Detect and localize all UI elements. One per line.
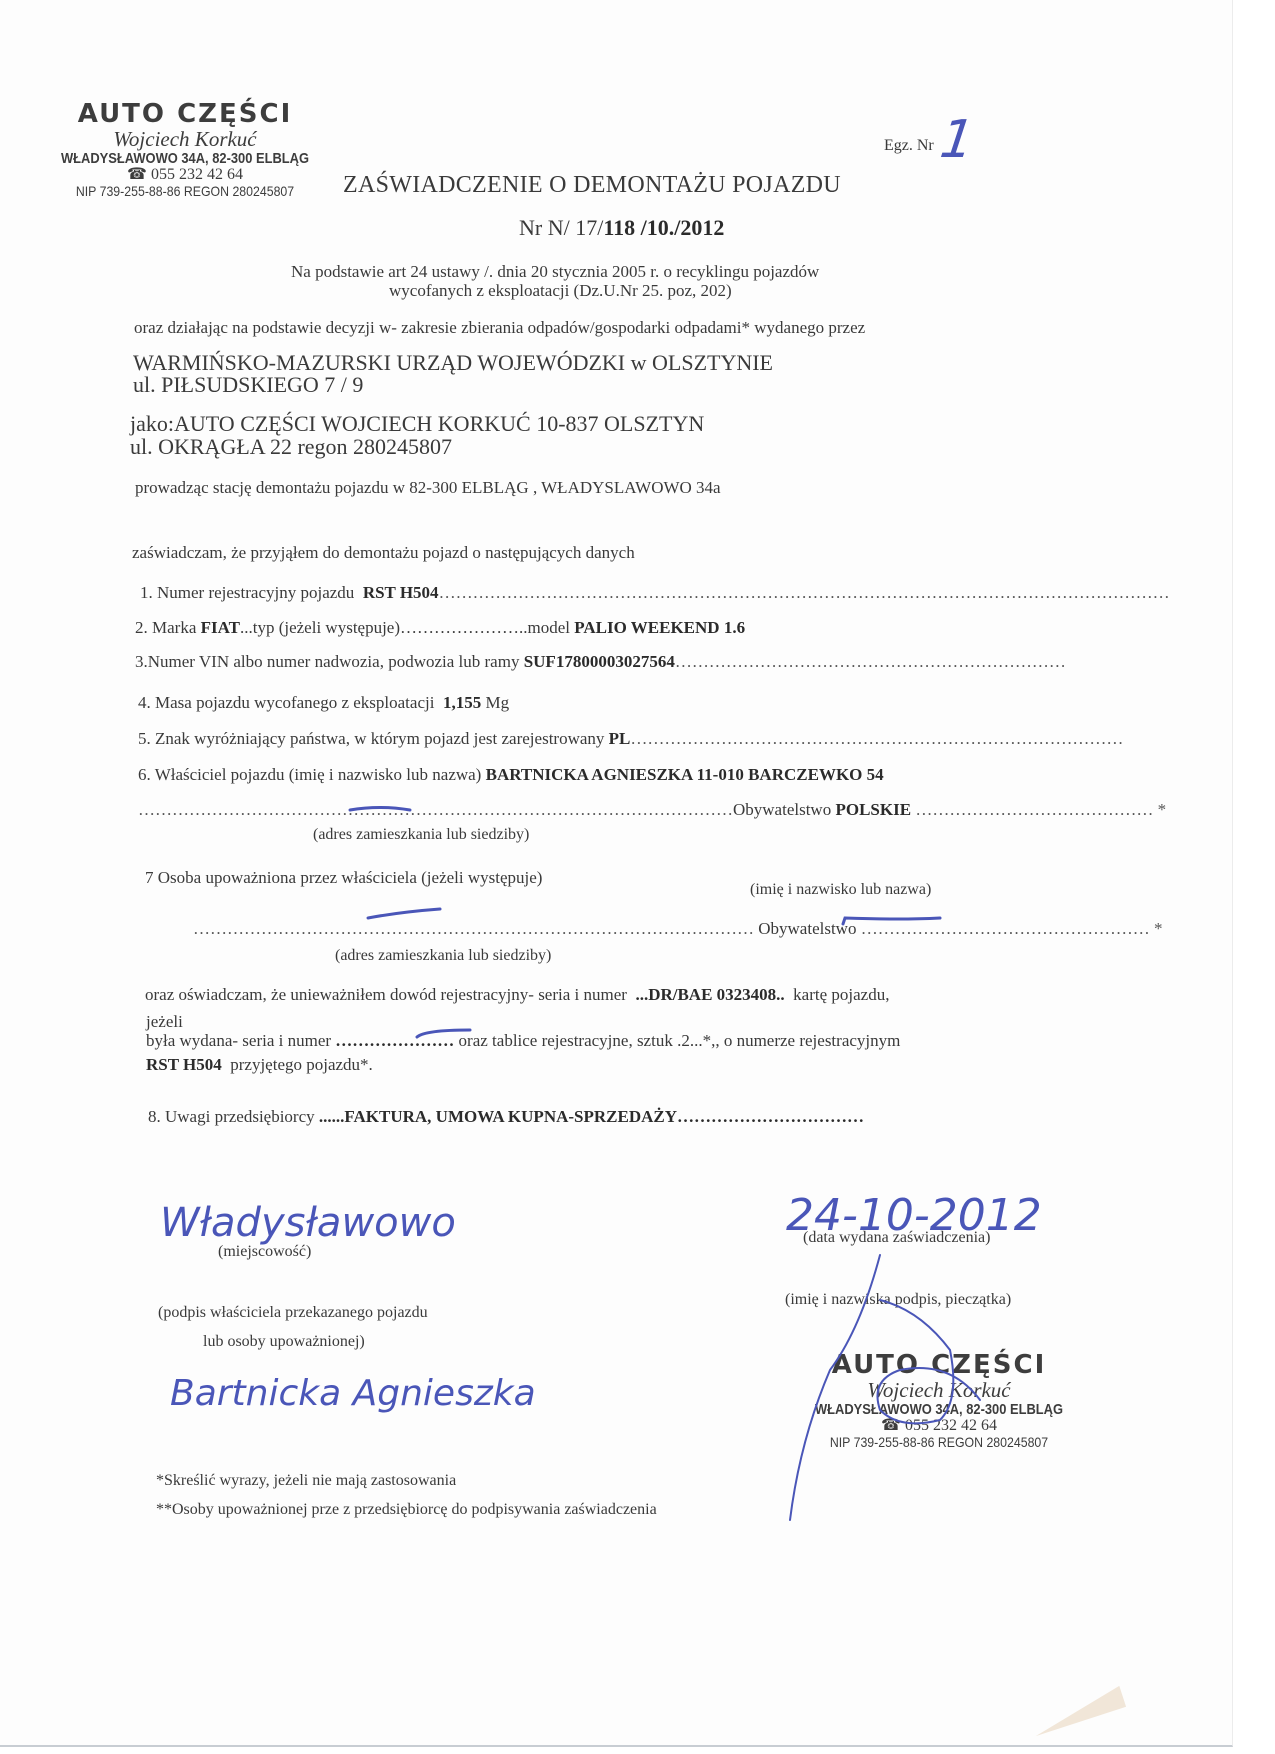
declaration-line-2: jeżeli <box>146 1012 183 1032</box>
phone-icon: ☎ <box>881 1417 905 1434</box>
stamp-nip-regon: NIP 739-255-88-86 REGON 280245807 <box>57 183 312 199</box>
copy-number-label: Egz. Nr <box>884 137 934 155</box>
stamp-address: WŁADYSŁAWOWO 34A, 82-300 ELBLĄG <box>814 1401 1063 1418</box>
stamp-address: WŁADYSŁAWOWO 34A, 82-300 ELBLĄG <box>60 150 309 167</box>
owner-handwritten-signature: Bartnicka Agnieszka <box>170 1373 536 1414</box>
field-make-model: 2. Marka FIAT...typ (jeżeli występuje)……… <box>135 618 745 638</box>
company-stamp-header: AUTO CZĘŚCI Wojciech Korkuć WŁADYSŁAWOWO… <box>40 100 330 199</box>
paper-tear <box>1029 1686 1126 1736</box>
field-registration-number: 1. Numer rejestracyjny pojazdu RST H504…… <box>140 583 1170 603</box>
handwritten-place: Władysławowo <box>160 1200 456 1246</box>
document-number: Nr N/ 17/118 /10./2012 <box>519 215 724 241</box>
footnote-2: **Osoby upoważnionej prze z przedsiębior… <box>156 1501 657 1519</box>
field-authorized-person: 7 Osoba upoważniona przez właściciela (j… <box>145 868 542 888</box>
footnote-1: *Skreślić wyrazy, jeżeli nie mają zastos… <box>156 1472 456 1490</box>
legal-basis-line-1: Na podstawie art 24 ustawy /. dnia 20 st… <box>291 262 819 282</box>
field-owner: 6. Właściciel pojazdu (imię i nazwisko l… <box>138 765 884 785</box>
field-owner-citizenship: ……………………………………………………………………………………………Obywa… <box>138 800 1166 820</box>
stamp-company: AUTO CZĘŚCI <box>40 100 330 128</box>
stamp-phone: ☎ 055 232 42 64 <box>794 1418 1084 1434</box>
strike-mark <box>368 909 440 918</box>
issuer-signature-caption: (imię i nazwiska podpis, pieczątka) <box>785 1291 1011 1309</box>
owner-signature-caption-1: (podpis właściciela przekazanego pojazdu <box>158 1304 428 1322</box>
document-title: ZAŚWIADCZENIE O DEMONTAŻU POJAZDU <box>343 172 841 199</box>
authorized-name-caption: (imię i nazwisko lub nazwa) <box>750 881 931 899</box>
copy-number-value: 1 <box>930 110 983 170</box>
authorized-address-caption: (adres zamieszkania lub siedziby) <box>335 947 551 965</box>
owner-signature-caption-2: lub osoby upoważnionej) <box>203 1333 365 1351</box>
field-authorized-citizenship: ……………………………………………………………………………………… Obywat… <box>193 919 1162 939</box>
document-page: AUTO CZĘŚCI Wojciech Korkuć WŁADYSŁAWOWO… <box>0 0 1233 1747</box>
company-stamp-footer: AUTO CZĘŚCI Wojciech Korkuć WŁADYSŁAWOWO… <box>794 1351 1084 1450</box>
declaration-line-1: oraz oświadczam, że unieważniłem dowód r… <box>145 985 889 1005</box>
place-caption: (miejscowość) <box>218 1243 311 1261</box>
field-vin: 3.Numer VIN albo numer nadwozia, podwozi… <box>135 652 1066 672</box>
declaration-line-4: RST H504 przyjętego pojazdu*. <box>146 1055 373 1075</box>
field-country-code: 5. Znak wyróżniający państwa, w którym p… <box>138 729 1123 749</box>
field-remarks: 8. Uwagi przedsiębiorcy ......FAKTURA, U… <box>148 1107 864 1127</box>
stamp-company: AUTO CZĘŚCI <box>794 1351 1084 1379</box>
owner-address-caption: (adres zamieszkania lub siedziby) <box>313 826 529 844</box>
field-mass: 4. Masa pojazdu wycofanego z eksploatacj… <box>138 693 509 713</box>
stamp-nip-regon: NIP 739-255-88-86 REGON 280245807 <box>811 1434 1066 1450</box>
authority-address: ul. PIŁSUDSKIEGO 7 / 9 <box>133 372 363 398</box>
decision-text: oraz działając na podstawie decyzji w- z… <box>134 318 865 338</box>
declaration-line-3: była wydana- seria i numer ………………… oraz … <box>146 1031 900 1051</box>
intro-text: zaświadczam, że przyjąłem do demontażu p… <box>132 543 635 563</box>
legal-basis-line-2: wycofanych z eksploatacji (Dz.U.Nr 25. p… <box>389 281 732 301</box>
stamp-owner: Wojciech Korkuć <box>40 128 330 150</box>
phone-icon: ☎ <box>127 166 151 183</box>
date-caption: (data wydana zaświadczenia) <box>803 1229 990 1247</box>
station-text: prowadząc stację demontażu pojazdu w 82-… <box>135 478 721 498</box>
stamp-owner: Wojciech Korkuć <box>794 1379 1084 1401</box>
operator-address: ul. OKRĄGŁA 22 regon 280245807 <box>130 434 452 460</box>
stamp-phone: ☎ 055 232 42 64 <box>40 167 330 183</box>
